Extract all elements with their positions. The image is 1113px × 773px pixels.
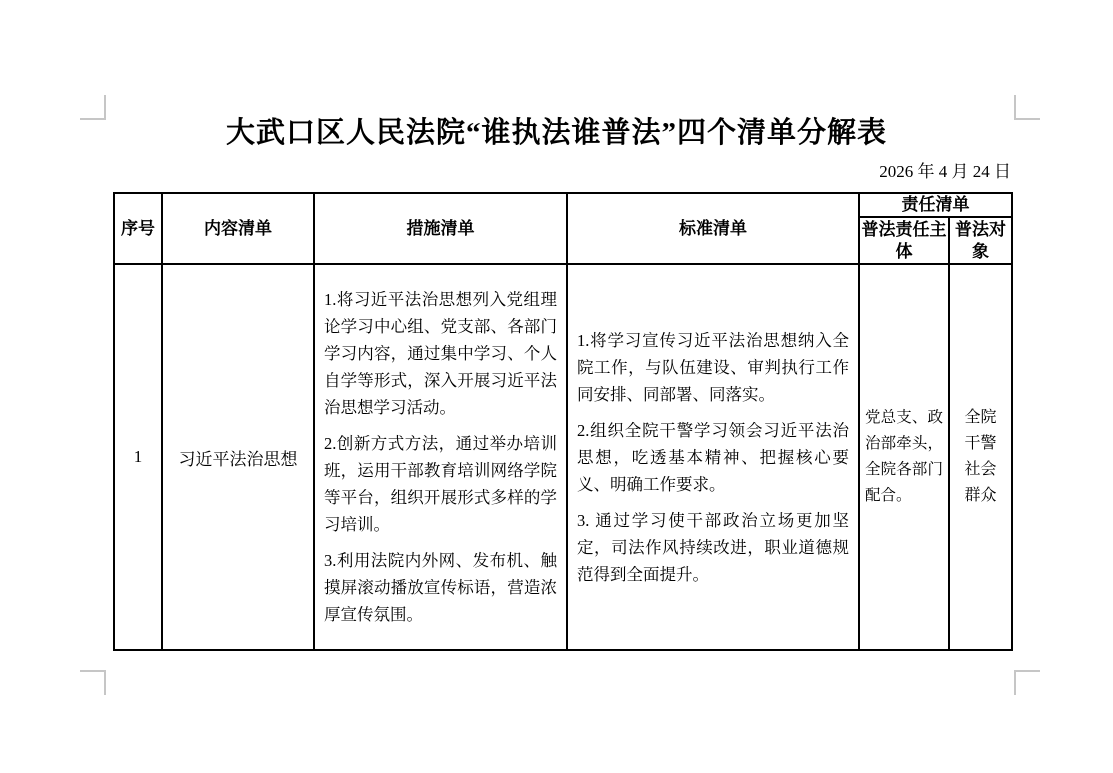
target-line: 全院 — [950, 405, 1011, 431]
four-lists-table: 序号 内容清单 措施清单 标准清单 责任清单 普法责任主体 普法对象 1 习近平… — [113, 192, 1013, 651]
document-date: 2026 年 4 月 24 日 — [879, 160, 1011, 184]
col-header-index: 序号 — [114, 193, 162, 264]
margin-corner-mark-bottom-left — [80, 670, 106, 695]
standards-list-cell: 1.将学习宣传习近平法治思想纳入全院工作，与队伍建设、审判执行工作同安排、同部署… — [567, 264, 859, 650]
responsibility-subject-text: 党总支、政治部牵头，全院各部门配合。 — [860, 405, 948, 509]
standard-item: 2.组织全院干警学习领会习近平法治思想，吃透基本精神、把握核心要义、明确工作要求… — [577, 417, 849, 498]
measure-item: 1.将习近平法治思想列入党组理论学习中心组、党支部、各部门学习内容，通过集中学习… — [324, 286, 557, 421]
responsibility-target-cell: 全院 干警 社会 群众 — [949, 264, 1012, 650]
col-header-content-list: 内容清单 — [162, 193, 314, 264]
measures-list-cell: 1.将习近平法治思想列入党组理论学习中心组、党支部、各部门学习内容，通过集中学习… — [314, 264, 567, 650]
document-page: 大武口区人民法院“谁执法谁普法”四个清单分解表 2026 年 4 月 24 日 … — [0, 0, 1113, 773]
standard-item: 1.将学习宣传习近平法治思想纳入全院工作，与队伍建设、审判执行工作同安排、同部署… — [577, 327, 849, 408]
col-header-responsibility-list: 责任清单 — [859, 193, 1012, 217]
table-row: 1 习近平法治思想 1.将习近平法治思想列入党组理论学习中心组、党支部、各部门学… — [114, 264, 1012, 650]
responsibility-subject-cell: 党总支、政治部牵头，全院各部门配合。 — [859, 264, 949, 650]
target-line: 社会 — [950, 457, 1011, 483]
col-header-measures-list: 措施清单 — [314, 193, 567, 264]
col-header-responsibility-subject: 普法责任主体 — [859, 217, 949, 264]
standard-item: 3. 通过学习使干部政治立场更加坚定，司法作风持续改进，职业道德规范得到全面提升… — [577, 507, 849, 588]
content-list-cell: 习近平法治思想 — [162, 264, 314, 650]
page-title: 大武口区人民法院“谁执法谁普法”四个清单分解表 — [0, 113, 1113, 153]
measure-item: 3.利用法院内外网、发布机、触摸屏滚动播放宣传标语，营造浓厚宣传氛围。 — [324, 547, 557, 628]
col-header-standards-list: 标准清单 — [567, 193, 859, 264]
row-index-cell: 1 — [114, 264, 162, 650]
target-line: 干警 — [950, 431, 1011, 457]
measure-item: 2.创新方式方法，通过举办培训班，运用干部教育培训网络学院等平台，组织开展形式多… — [324, 430, 557, 538]
col-header-responsibility-target: 普法对象 — [949, 217, 1012, 264]
target-line: 群众 — [950, 483, 1011, 509]
margin-corner-mark-bottom-right — [1014, 670, 1040, 695]
